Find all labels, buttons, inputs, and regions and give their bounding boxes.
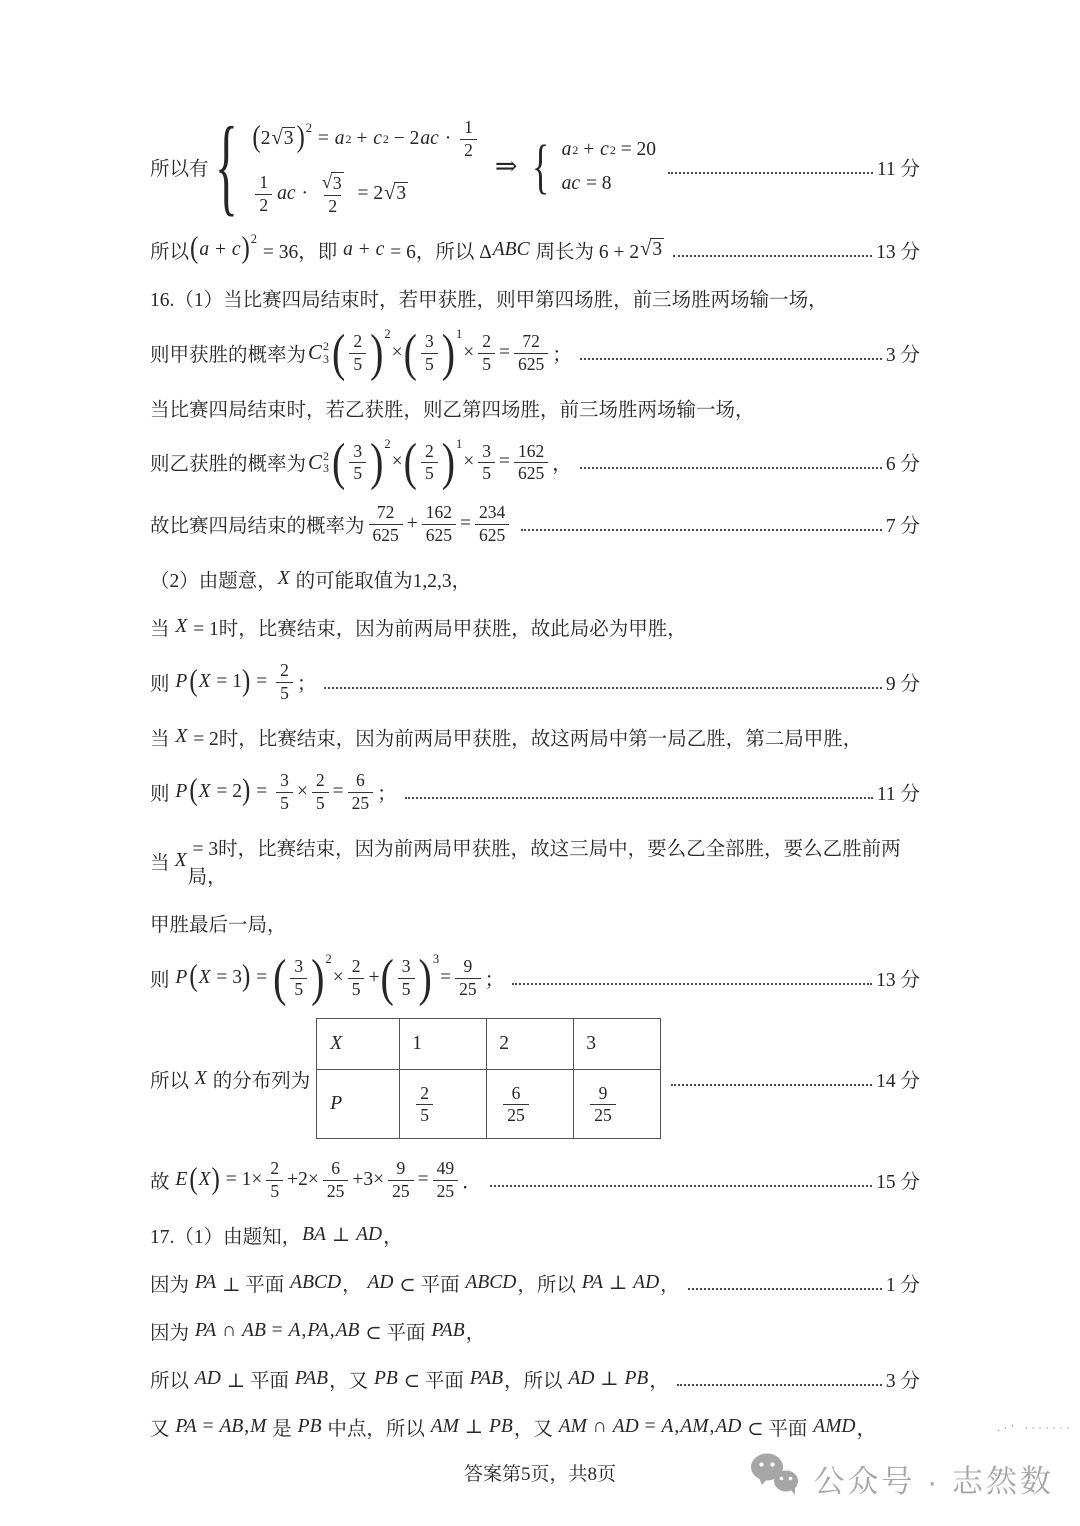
fraction: 625 bbox=[323, 1159, 349, 1201]
text: 2 bbox=[420, 1084, 429, 1103]
denominator: 5 bbox=[276, 792, 293, 813]
combination-base: C bbox=[308, 450, 322, 475]
dotted-leader bbox=[405, 797, 873, 799]
exponent: 1 bbox=[456, 438, 462, 451]
text: 25 bbox=[392, 1182, 410, 1201]
combination-sub: 3 bbox=[323, 462, 329, 475]
watermark-label: 公众号 · 志然数 bbox=[813, 1456, 1054, 1501]
case-row: (2√3)2 = a2 + c2 − 2ac · 12 bbox=[251, 118, 480, 160]
cases-rows: (2√3)2 = a2 + c2 − 2ac · 1212ac · √32 = … bbox=[251, 118, 480, 216]
solution-line: 则 P(X = 1) = 25；9 分 bbox=[150, 661, 920, 703]
close-paren: ) bbox=[212, 1165, 220, 1195]
text: ∩ bbox=[217, 1320, 241, 1342]
close-paren: ) bbox=[370, 436, 383, 488]
numerator: √3 bbox=[317, 172, 349, 195]
numerator: 2 bbox=[478, 332, 495, 353]
denominator: 5 bbox=[416, 1104, 433, 1125]
text: ， bbox=[383, 1221, 403, 1249]
math-variable: ac bbox=[561, 173, 581, 195]
numerator: 2 bbox=[276, 661, 293, 682]
open-paren: ( bbox=[190, 235, 198, 265]
dotted-leader bbox=[512, 983, 872, 985]
text: 又 bbox=[150, 1413, 174, 1441]
text: = 1 bbox=[212, 671, 243, 693]
text: ； bbox=[552, 339, 572, 367]
scan-artifact-marks: .·' ······· bbox=[996, 1424, 1072, 1434]
text: 3 bbox=[482, 442, 491, 461]
fraction: 25 bbox=[348, 957, 365, 999]
close-paren: ) bbox=[242, 962, 250, 992]
math-variable: PB bbox=[373, 1368, 399, 1390]
text: 3 bbox=[586, 1033, 596, 1054]
fraction: 625 bbox=[348, 771, 374, 813]
text: 所以 bbox=[150, 236, 189, 264]
text: 5 bbox=[280, 684, 289, 703]
math-variable: AD bbox=[355, 1224, 383, 1246]
exponent: 1 bbox=[456, 328, 462, 341]
open-paren: ( bbox=[252, 124, 260, 154]
dotted-leader bbox=[324, 687, 881, 689]
text: = bbox=[251, 967, 272, 989]
math-variable: AD bbox=[714, 1416, 742, 1438]
denominator: 5 bbox=[478, 462, 495, 483]
dotted-leader bbox=[521, 529, 882, 531]
cases-system: {a2 + c2 = 20ac = 8 bbox=[531, 139, 656, 195]
math-variable: X bbox=[198, 671, 212, 693]
exponent: 2 bbox=[384, 328, 390, 341]
text: 所以有 bbox=[150, 153, 209, 181]
math-variable: AD bbox=[632, 1272, 660, 1294]
text: 5 bbox=[353, 355, 362, 374]
math-variable: PA bbox=[174, 1416, 197, 1438]
fraction: 925 bbox=[455, 957, 481, 999]
solution-line: 16.（1）当比赛四局结束时，若甲获胜，则甲第四场胜，前三场胜两场输一场， bbox=[150, 284, 920, 312]
solution-line: 当 X = 3时，比赛结束，因为前两局甲获胜，故这三局中，要么乙全部胜，要么乙胜… bbox=[150, 833, 920, 889]
text: ； bbox=[485, 964, 505, 992]
math-variable: ac bbox=[419, 128, 439, 150]
paren-content: X = 3 bbox=[198, 967, 242, 989]
math-variable: AM bbox=[558, 1416, 588, 1438]
math-variable: ac bbox=[276, 183, 296, 205]
dotted-leader bbox=[668, 172, 873, 174]
paren-group: (a + c)2 bbox=[190, 237, 257, 262]
table-cell: 25 bbox=[400, 1070, 487, 1139]
math-variable: AB bbox=[241, 1320, 267, 1342]
text: ⊥ 平面 bbox=[217, 1269, 289, 1297]
numerator: 6 bbox=[352, 771, 369, 792]
text: = bbox=[418, 1169, 429, 1191]
paren-content: a + c bbox=[198, 239, 241, 261]
solution-line: 当 X = 1时，比赛结束，因为前两局甲获胜，故此局必为甲胜， bbox=[150, 613, 920, 641]
text: 中点，所以 bbox=[323, 1413, 430, 1441]
text: 25 bbox=[352, 794, 370, 813]
text: 5 bbox=[353, 464, 362, 483]
text: 2 bbox=[259, 196, 268, 215]
text: ， bbox=[552, 448, 572, 476]
left-brace: { bbox=[532, 137, 549, 197]
text: × bbox=[392, 342, 403, 364]
text: 5 bbox=[294, 980, 303, 999]
combination-symbol: C23 bbox=[308, 340, 329, 366]
text: = 6，所以 Δ bbox=[385, 236, 491, 264]
math-variable: X bbox=[174, 850, 188, 872]
numerator: 3 bbox=[398, 957, 415, 978]
text: 5 bbox=[420, 1106, 429, 1125]
text: × bbox=[463, 342, 474, 364]
score-label: 15 分 bbox=[876, 1166, 920, 1194]
paren-group: (X = 2) bbox=[189, 779, 250, 804]
fraction: 25 bbox=[416, 1084, 433, 1126]
text: × bbox=[297, 781, 308, 803]
math-variable: a bbox=[561, 139, 573, 161]
text: 当比赛四局结束时，若乙获胜，则乙第四场胜，前三场胜两场输一场， bbox=[150, 394, 755, 422]
text: = 1时，比赛结束，因为前两局甲获胜，故此局必为甲胜， bbox=[188, 613, 687, 641]
math-variable: P bbox=[174, 967, 188, 989]
denominator: 5 bbox=[266, 1180, 283, 1201]
score-label: 7 分 bbox=[886, 510, 920, 538]
exponent: 3 bbox=[433, 953, 439, 966]
text: 当 bbox=[150, 723, 174, 751]
denominator: 625 bbox=[475, 524, 509, 545]
text: 2 bbox=[270, 1159, 279, 1178]
denominator: 25 bbox=[503, 1104, 529, 1125]
denominator: 25 bbox=[388, 1180, 414, 1201]
table-row: P25625925 bbox=[317, 1070, 661, 1139]
text: 2 bbox=[352, 957, 361, 976]
math-variable: PB bbox=[297, 1416, 323, 1438]
fraction: 35 bbox=[290, 957, 307, 999]
exponent: 2 bbox=[325, 953, 331, 966]
numerator: 2 bbox=[312, 771, 329, 792]
numerator: 3 bbox=[290, 957, 307, 978]
math-variable: AD bbox=[366, 1272, 394, 1294]
fraction: 4925 bbox=[433, 1159, 459, 1201]
close-paren: ) bbox=[419, 952, 432, 1004]
text: 因为 bbox=[150, 1269, 194, 1297]
text: ⊥ bbox=[595, 1367, 623, 1391]
text: 162 bbox=[426, 503, 452, 522]
table-cell: 2 bbox=[487, 1019, 574, 1070]
math-variable: c bbox=[231, 239, 242, 261]
text: 5 bbox=[402, 980, 411, 999]
score-label: 13 分 bbox=[876, 964, 920, 992]
text: + bbox=[407, 513, 418, 535]
case-row: 12ac · √32 = 2√3 bbox=[251, 172, 409, 216]
math-variable: X bbox=[198, 967, 212, 989]
text: 25 bbox=[459, 980, 477, 999]
text: 9 bbox=[599, 1084, 608, 1103]
numerator: 9 bbox=[595, 1084, 612, 1105]
text: ，所以 bbox=[517, 1269, 580, 1297]
fraction: 35 bbox=[421, 332, 438, 374]
text: + bbox=[352, 128, 373, 150]
text: ． bbox=[462, 1166, 482, 1194]
text: ⊥ bbox=[460, 1415, 488, 1439]
close-paren: ) bbox=[242, 667, 250, 697]
paren-group: (25)1 bbox=[404, 442, 463, 484]
cases-system: {(2√3)2 = a2 + c2 − 2ac · 1212ac · √32 =… bbox=[213, 118, 481, 216]
combination-symbol: C23 bbox=[308, 450, 329, 476]
dotted-leader bbox=[688, 1288, 882, 1290]
document-body: 所以有{(2√3)2 = a2 + c2 − 2ac · 1212ac · √3… bbox=[150, 118, 920, 1441]
solution-line: 则乙获胜的概率为C23(35)2×(25)1×35=162625，6 分 bbox=[150, 442, 920, 484]
text: 所以 bbox=[150, 1065, 194, 1093]
text: 625 bbox=[518, 464, 544, 483]
numerator: 3 bbox=[421, 332, 438, 353]
close-paren: ) bbox=[311, 952, 324, 1004]
denominator: 5 bbox=[398, 978, 415, 999]
text: 16.（1）当比赛四局结束时，若甲获胜，则甲第四场胜，前三场胜两场输一场， bbox=[150, 284, 828, 312]
text: ⊂ 平面 bbox=[360, 1317, 430, 1345]
math-variable: AB bbox=[218, 1416, 244, 1438]
math-variable: BA bbox=[301, 1224, 327, 1246]
text: · bbox=[440, 128, 456, 150]
radicand: 3 bbox=[650, 238, 664, 261]
text: + bbox=[210, 239, 231, 261]
numerator: 9 bbox=[392, 1159, 409, 1180]
dotted-leader bbox=[673, 255, 872, 257]
text: = bbox=[251, 781, 272, 803]
paren-group: (25)2 bbox=[332, 332, 391, 374]
text: 2 bbox=[499, 1033, 509, 1054]
math-variable: PAB bbox=[294, 1368, 329, 1390]
math-variable: PA bbox=[581, 1272, 604, 1294]
text: = bbox=[640, 1416, 661, 1438]
math-variable: PB bbox=[488, 1416, 514, 1438]
text: 2 bbox=[425, 442, 434, 461]
paren-content: 25 bbox=[345, 332, 370, 374]
left-brace: { bbox=[215, 112, 238, 221]
text: ⊥ 平面 bbox=[222, 1365, 294, 1393]
text: 625 bbox=[518, 355, 544, 374]
math-variable: PA bbox=[194, 1272, 217, 1294]
numerator: 2 bbox=[266, 1159, 283, 1180]
fraction: 162625 bbox=[514, 442, 548, 484]
text: 3 bbox=[294, 957, 303, 976]
text: = 20 bbox=[616, 139, 656, 161]
math-variable: X bbox=[198, 1169, 212, 1191]
text: 2 bbox=[328, 197, 337, 216]
case-row: a2 + c2 = 20 bbox=[561, 139, 656, 161]
close-paren: ) bbox=[442, 327, 455, 379]
denominator: 25 bbox=[348, 792, 374, 813]
open-paren: ( bbox=[189, 667, 197, 697]
dotted-leader bbox=[580, 358, 882, 360]
denominator: 2 bbox=[324, 195, 341, 216]
numerator: 3 bbox=[276, 771, 293, 792]
text: + bbox=[368, 967, 379, 989]
text: 9 bbox=[463, 957, 472, 976]
math-variable: c bbox=[599, 139, 610, 161]
paren-group: (35)2 bbox=[273, 957, 332, 999]
fraction: 162625 bbox=[422, 503, 456, 545]
text: ， bbox=[342, 1269, 366, 1297]
wechat-icon bbox=[749, 1452, 801, 1504]
text: = bbox=[198, 1416, 219, 1438]
denominator: 5 bbox=[349, 353, 366, 374]
text: 故 bbox=[150, 1166, 174, 1194]
math-variable: AD bbox=[567, 1368, 595, 1390]
text: 3 bbox=[402, 957, 411, 976]
text: = 3 bbox=[212, 967, 243, 989]
text: 的分布列为 bbox=[208, 1065, 310, 1093]
score-label: 13 分 bbox=[876, 236, 920, 264]
open-paren: ( bbox=[189, 1165, 197, 1195]
solution-line: 因为 PA ⊥ 平面 ABCD， AD ⊂ 平面 ABCD，所以 PA ⊥ AD… bbox=[150, 1269, 920, 1297]
fraction: 72625 bbox=[514, 332, 548, 374]
fraction: 12 bbox=[460, 118, 477, 160]
numerator: 49 bbox=[433, 1159, 459, 1180]
math-variable: AM bbox=[430, 1416, 460, 1438]
numerator: 3 bbox=[349, 442, 366, 463]
solution-line: 所以 AD ⊥ 平面 PAB，又 PB ⊂ 平面 PAB，所以 AD ⊥ PB，… bbox=[150, 1365, 920, 1393]
denominator: 25 bbox=[455, 978, 481, 999]
math-variable: AD bbox=[194, 1368, 222, 1390]
math-variable: E bbox=[174, 1169, 188, 1191]
numerator: 6 bbox=[508, 1084, 525, 1105]
math-variable: ABCD bbox=[289, 1272, 342, 1294]
text: 72 bbox=[522, 332, 540, 351]
text: 的可能取值为1,2,3， bbox=[291, 565, 471, 593]
denominator: 5 bbox=[312, 792, 329, 813]
text: 5 bbox=[352, 980, 361, 999]
math-variable: X bbox=[194, 1068, 208, 1090]
close-paren: ) bbox=[242, 777, 250, 807]
numerator: 2 bbox=[421, 442, 438, 463]
math-variable: PA bbox=[306, 1320, 329, 1342]
page-number-label: 答案第5页，共8页 bbox=[464, 1464, 616, 1485]
math-variable: a bbox=[198, 239, 210, 261]
denominator: 25 bbox=[433, 1180, 459, 1201]
text: = bbox=[251, 671, 272, 693]
text: 因为 bbox=[150, 1317, 194, 1345]
denominator: 625 bbox=[514, 462, 548, 483]
score-label: 14 分 bbox=[876, 1065, 920, 1093]
denominator: 5 bbox=[421, 353, 438, 374]
text: × bbox=[463, 451, 474, 473]
solution-line: 又 PA = AB,M 是 PB 中点，所以 AM ⊥ PB，又 AM ∩ AD… bbox=[150, 1413, 920, 1441]
math-variable: PA bbox=[194, 1320, 217, 1342]
math-variable: X bbox=[329, 1033, 343, 1054]
text: 甲胜最后一局， bbox=[150, 909, 287, 937]
text: = 2时，比赛结束，因为前两局甲获胜，故这两局中第一局乙胜，第二局甲胜， bbox=[188, 723, 862, 751]
open-paren: ( bbox=[404, 327, 417, 379]
text: 25 bbox=[594, 1106, 612, 1125]
math-variable: c bbox=[372, 128, 383, 150]
radicand: 3 bbox=[394, 182, 408, 205]
text: 当 bbox=[150, 613, 174, 641]
text: 17.（1）由题知， bbox=[150, 1221, 301, 1249]
solution-line: 当比赛四局结束时，若乙获胜，则乙第四场胜，前三场胜两场输一场， bbox=[150, 394, 920, 422]
text: = 2 bbox=[353, 183, 384, 205]
text: ⊥ bbox=[604, 1271, 632, 1295]
paren-group: (X) bbox=[189, 1168, 220, 1193]
numerator: 2 bbox=[416, 1084, 433, 1105]
text: ， bbox=[466, 1317, 486, 1345]
text: = bbox=[440, 967, 451, 989]
text: 2 bbox=[261, 128, 271, 150]
fraction: 12 bbox=[255, 173, 272, 215]
text: 3 bbox=[280, 771, 289, 790]
open-paren: ( bbox=[332, 436, 345, 488]
math-variable: P bbox=[174, 671, 188, 693]
text: 234 bbox=[479, 503, 505, 522]
distribution-table: X123P25625925 bbox=[316, 1018, 661, 1139]
combination-sup: 2 bbox=[323, 340, 329, 353]
text: 是 bbox=[267, 1413, 296, 1441]
table-cell: 625 bbox=[487, 1070, 574, 1139]
text: + bbox=[578, 139, 599, 161]
math-variable: a bbox=[342, 239, 354, 261]
denominator: 5 bbox=[276, 682, 293, 703]
solution-line: （2）由题意，X 的可能取值为1,2,3， bbox=[150, 565, 920, 593]
solution-line: 所以 X 的分布列为X123P2562592514 分 bbox=[150, 1018, 920, 1139]
fraction: 25 bbox=[349, 332, 366, 374]
math-variable: PAB bbox=[469, 1368, 504, 1390]
math-variable: AB bbox=[335, 1320, 361, 1342]
text: ，又 bbox=[514, 1413, 558, 1441]
fraction: 234625 bbox=[475, 503, 509, 545]
numerator: 2 bbox=[349, 332, 366, 353]
score-label: 11 分 bbox=[877, 778, 920, 806]
fraction: 925 bbox=[590, 1084, 616, 1126]
denominator: 25 bbox=[323, 1180, 349, 1201]
table-cell: X bbox=[317, 1019, 400, 1070]
text: = 8 bbox=[581, 173, 612, 195]
combination-scripts: 23 bbox=[323, 450, 329, 476]
math-variable: ABCD bbox=[464, 1272, 517, 1294]
text: × bbox=[333, 967, 344, 989]
math-variable: A bbox=[288, 1320, 302, 1342]
math-variable: X bbox=[174, 726, 188, 748]
close-paren: ) bbox=[296, 124, 304, 154]
fraction: 35 bbox=[398, 957, 415, 999]
math-variable: PB bbox=[624, 1368, 650, 1390]
fraction: 35 bbox=[276, 771, 293, 813]
solution-line: 所以(a + c)2 = 36，即 a + c = 6，所以 ΔABC 周长为 … bbox=[150, 236, 920, 264]
math-variable: ABC bbox=[492, 239, 531, 261]
solution-line: 17.（1）由题知，BA ⊥ AD， bbox=[150, 1221, 920, 1249]
combination-scripts: 23 bbox=[323, 340, 329, 366]
combination-base: C bbox=[308, 340, 322, 365]
paren-content: X bbox=[198, 1169, 212, 1191]
numerator: 9 bbox=[459, 957, 476, 978]
text: ⊂ 平面 bbox=[394, 1269, 464, 1297]
table-cell: P bbox=[317, 1070, 400, 1139]
fraction: 925 bbox=[388, 1159, 414, 1201]
paren-group: (35)1 bbox=[404, 332, 463, 374]
math-variable: AMD bbox=[812, 1416, 856, 1438]
paren-content: 35 bbox=[345, 442, 370, 484]
cases-rows: a2 + c2 = 20ac = 8 bbox=[561, 139, 656, 195]
text: 则 bbox=[150, 964, 174, 992]
open-paren: ( bbox=[332, 327, 345, 379]
math-variable: P bbox=[174, 781, 188, 803]
fraction: 25 bbox=[312, 771, 329, 813]
numerator: 162 bbox=[514, 442, 548, 463]
math-variable: a bbox=[334, 128, 346, 150]
denominator: 5 bbox=[348, 978, 365, 999]
text: × bbox=[392, 451, 403, 473]
answer-sheet-page: 所以有{(2√3)2 = a2 + c2 − 2ac · 1212ac · √3… bbox=[0, 0, 1080, 1526]
paren-group: (X = 3) bbox=[189, 965, 250, 990]
fraction: 625 bbox=[503, 1084, 529, 1126]
text: = bbox=[499, 342, 510, 364]
table-cell: 1 bbox=[400, 1019, 487, 1070]
math-variable: M bbox=[249, 1416, 267, 1438]
text: 则 bbox=[150, 778, 174, 806]
paren-group: (35)2 bbox=[332, 442, 391, 484]
